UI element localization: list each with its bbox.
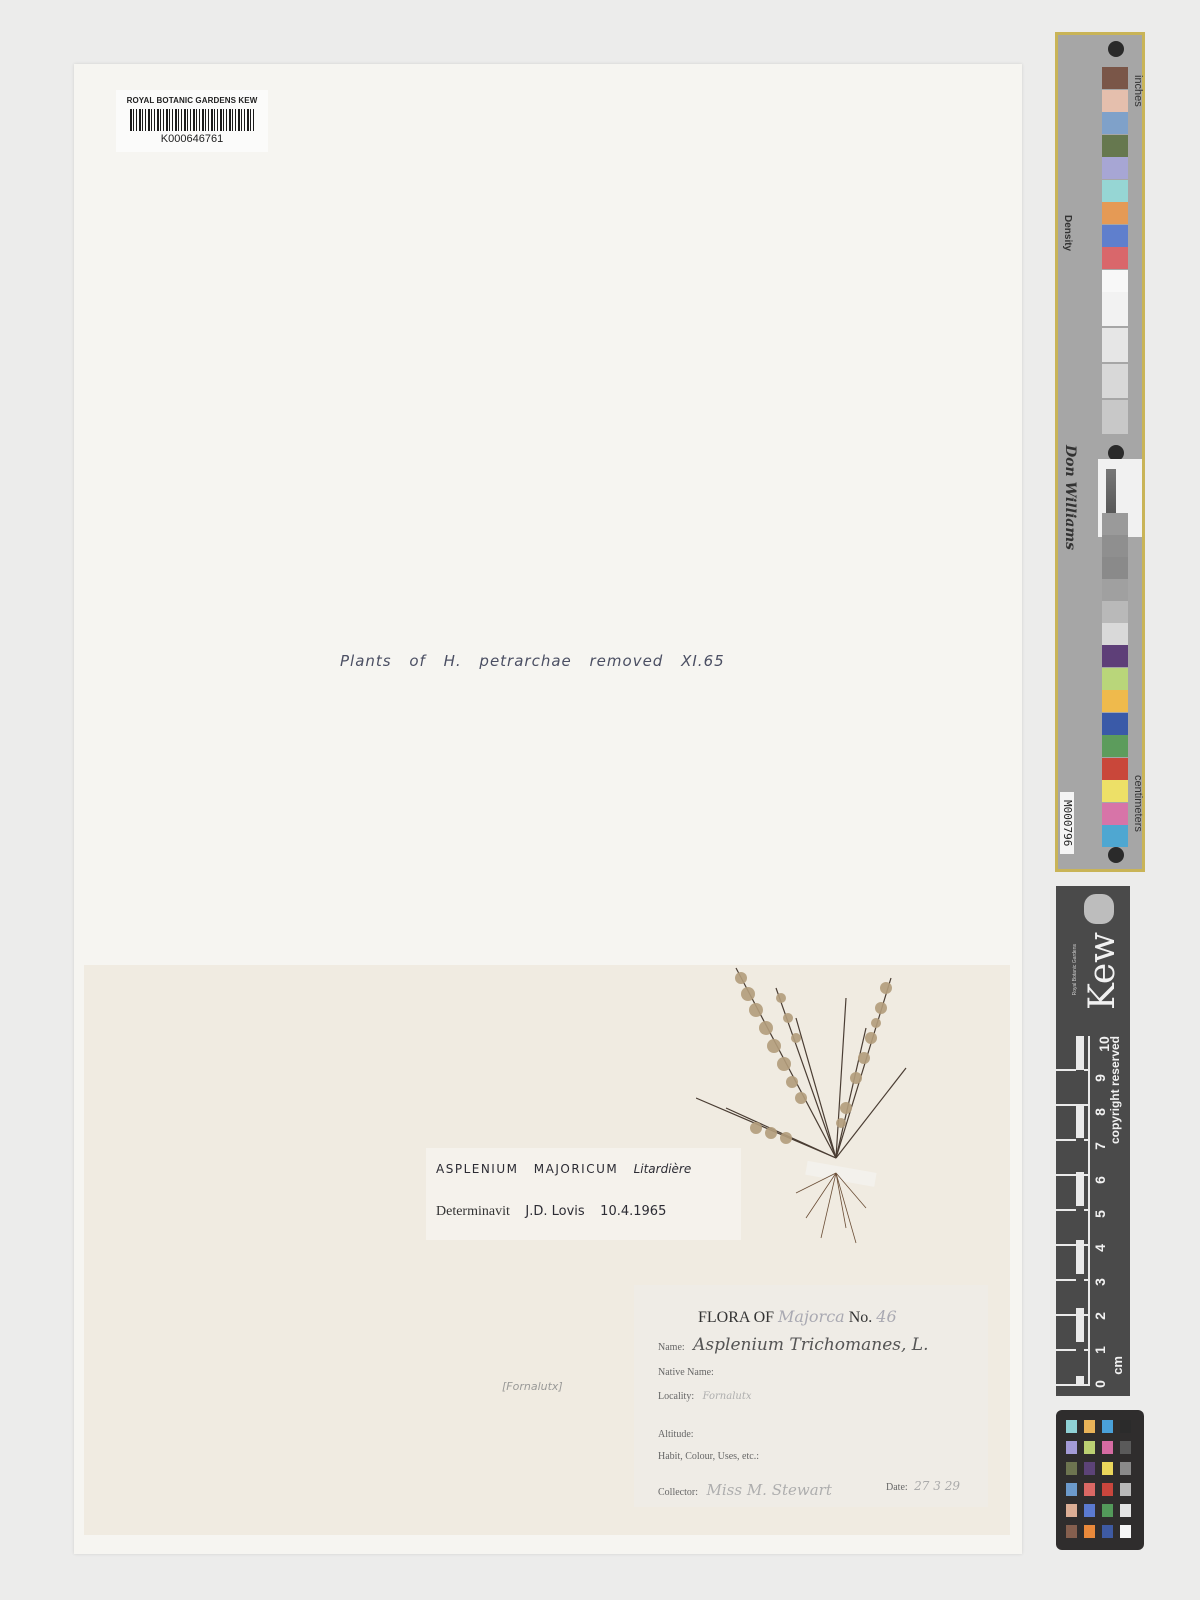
checker-cell	[1120, 1462, 1131, 1475]
date-row: Date: 27 3 29	[886, 1479, 960, 1493]
habit-row: Habit, Colour, Uses, etc.:	[658, 1451, 759, 1462]
kew-logo: Kew	[1082, 932, 1123, 1010]
gray-patch	[1102, 364, 1128, 398]
checker-cell	[1084, 1420, 1095, 1433]
flora-of-label: FLORA OF	[698, 1309, 774, 1326]
checker-cell	[1066, 1462, 1077, 1475]
ruler-hole-bottom	[1108, 847, 1124, 863]
collection-label: FLORA OF Majorca No. 46 Name: Asplenium …	[634, 1285, 988, 1507]
scale-number: 4	[1092, 1244, 1108, 1252]
altitude-row: Altitude:	[658, 1429, 694, 1440]
gray-patch	[1102, 601, 1128, 623]
ruler-code: M000796	[1060, 792, 1074, 854]
checker-cell	[1066, 1525, 1077, 1538]
color-patch	[1102, 825, 1128, 847]
density-label: Density	[1062, 215, 1073, 251]
checker-cell	[1120, 1420, 1131, 1433]
bracket-locality-note: [Fornalutx]	[502, 1380, 563, 1393]
gray-patch	[1102, 623, 1128, 645]
checker-cell	[1066, 1504, 1077, 1517]
date-label: Date:	[886, 1482, 908, 1493]
scale-number: 3	[1092, 1278, 1108, 1286]
checker-cell	[1102, 1462, 1113, 1475]
units-centimeters: centimeters	[1132, 775, 1144, 832]
locality-value: Fornalutx	[703, 1391, 752, 1402]
color-calibration-ruler: inches centimeters Density Don Williams …	[1055, 32, 1145, 872]
color-patch	[1102, 202, 1128, 224]
checker-cell	[1084, 1462, 1095, 1475]
checker-cell	[1084, 1441, 1095, 1454]
gray-patch	[1102, 513, 1128, 535]
checker-cell	[1066, 1483, 1077, 1496]
color-patch	[1102, 112, 1128, 134]
native-name-label: Native Name:	[658, 1367, 714, 1378]
collector-label: Collector:	[658, 1487, 698, 1498]
det-taxon-name: ASPLENIUM MAJORICUM	[436, 1162, 618, 1176]
color-patch	[1102, 803, 1128, 825]
determinavit-label: Determinavit	[436, 1204, 510, 1219]
number-label: No.	[849, 1309, 873, 1326]
color-checker-card	[1056, 1410, 1144, 1550]
checker-cell	[1084, 1525, 1095, 1538]
checker-cell	[1120, 1441, 1131, 1454]
scale-number: 10	[1096, 1036, 1112, 1052]
color-patch	[1102, 225, 1128, 247]
flora-title: FLORA OF Majorca No. 46	[698, 1307, 897, 1327]
color-patch	[1102, 135, 1128, 157]
determiner: J.D. Lovis	[525, 1204, 584, 1219]
institution-name: ROYAL BOTANIC GARDENS KEW	[116, 96, 268, 105]
gray-patch	[1102, 292, 1128, 326]
det-line: Determinavit J.D. Lovis 10.4.1965	[436, 1204, 666, 1220]
checker-cell	[1102, 1420, 1113, 1433]
name-value: Asplenium Trichomanes, L.	[693, 1335, 928, 1355]
kew-scale-bar: Kew Royal Botanic Gardens copyright rese…	[1056, 886, 1130, 1396]
checker-cell	[1120, 1525, 1131, 1538]
scale-number: 7	[1092, 1142, 1108, 1150]
unit-cm: cm	[1110, 1356, 1125, 1375]
color-patch	[1102, 180, 1128, 202]
kew-subtitle: Royal Botanic Gardens	[1072, 944, 1078, 995]
color-patch	[1102, 67, 1128, 89]
checker-cell	[1066, 1441, 1077, 1454]
name-label: Name:	[658, 1342, 685, 1353]
copyright-text: copyright reserved	[1108, 1036, 1122, 1144]
checker-cell	[1102, 1525, 1113, 1538]
scale-number: 6	[1092, 1176, 1108, 1184]
color-patch	[1102, 690, 1128, 712]
scale-number: 5	[1092, 1210, 1108, 1218]
scale-number: 2	[1092, 1312, 1108, 1320]
ruler-brand: Don Williams	[1062, 445, 1078, 550]
checker-cell	[1102, 1441, 1113, 1454]
det-taxon: ASPLENIUM MAJORICUM Litardière	[436, 1162, 691, 1176]
scale-number: 8	[1092, 1108, 1108, 1116]
locality-label: Locality:	[658, 1391, 694, 1402]
gray-patch	[1102, 579, 1128, 601]
color-patch	[1102, 758, 1128, 780]
scale-number: 0	[1092, 1380, 1108, 1388]
checker-cell	[1102, 1483, 1113, 1496]
scale-number: 1	[1092, 1346, 1108, 1354]
checker-cell	[1102, 1504, 1113, 1517]
color-patch	[1102, 780, 1128, 802]
name-row: Name: Asplenium Trichomanes, L.	[658, 1335, 929, 1355]
gray-patch	[1102, 535, 1128, 557]
color-patch	[1102, 645, 1128, 667]
scale-number: 9	[1092, 1074, 1108, 1082]
collector-row: Collector: Miss M. Stewart	[658, 1481, 832, 1499]
gray-patch	[1102, 400, 1128, 434]
checker-cell	[1120, 1504, 1131, 1517]
color-patch	[1102, 90, 1128, 112]
color-patch	[1102, 247, 1128, 269]
units-inches: inches	[1132, 75, 1144, 107]
color-patch	[1102, 735, 1128, 757]
barcode-label: ROYAL BOTANIC GARDENS KEW K000646761	[116, 90, 268, 152]
det-date: 10.4.1965	[600, 1204, 666, 1219]
flora-region: Majorca	[778, 1307, 845, 1326]
ruler-hole-top	[1108, 41, 1124, 57]
color-patch	[1102, 157, 1128, 179]
scale-ticks	[1056, 1036, 1090, 1386]
date-value: 27 3 29	[914, 1479, 960, 1493]
barcode-image	[130, 109, 254, 131]
kew-crest-icon	[1084, 894, 1114, 924]
color-patch	[1102, 270, 1128, 292]
habit-label: Habit, Colour, Uses, etc.:	[658, 1451, 759, 1462]
barcode-number: K000646761	[116, 133, 268, 145]
native-name-row: Native Name:	[658, 1367, 714, 1378]
checker-cell	[1120, 1483, 1131, 1496]
sheet-handwritten-note: Plants of H. petrarchae removed XI.65	[340, 652, 725, 670]
checker-cell	[1066, 1420, 1077, 1433]
det-taxon-author: Litardière	[634, 1162, 692, 1176]
checker-cell	[1084, 1504, 1095, 1517]
locality-row: Locality: Fornalutx	[658, 1391, 752, 1402]
collector-value: Miss M. Stewart	[707, 1481, 832, 1499]
altitude-label: Altitude:	[658, 1429, 694, 1440]
checker-cell	[1084, 1483, 1095, 1496]
color-patch	[1102, 713, 1128, 735]
gray-patch	[1102, 328, 1128, 362]
gray-patch	[1102, 557, 1128, 579]
color-patch	[1102, 668, 1128, 690]
determination-slip: ASPLENIUM MAJORICUM Litardière Determina…	[426, 1148, 741, 1240]
collection-number: 46	[876, 1307, 896, 1326]
